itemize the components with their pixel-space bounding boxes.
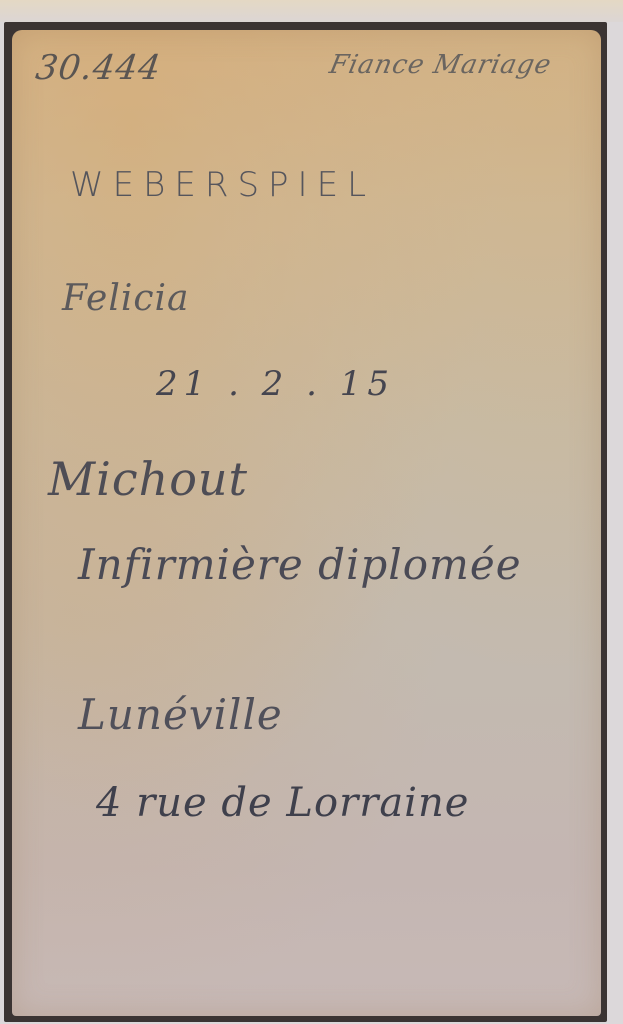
first-name: Felicia [62, 278, 189, 319]
maiden-name: Michout [48, 452, 248, 506]
city: Lunéville [78, 690, 283, 739]
background-strip [0, 0, 623, 22]
surname: WEBERSPIEL [70, 165, 375, 205]
profession: Infirmière diplomée [78, 540, 522, 589]
reference-number: 30.444 [33, 48, 164, 88]
date: 21 . 2 . 15 [156, 364, 395, 404]
street-address: 4 rue de Lorraine [96, 780, 469, 826]
corner-note: Fiance Mariage [327, 50, 555, 80]
